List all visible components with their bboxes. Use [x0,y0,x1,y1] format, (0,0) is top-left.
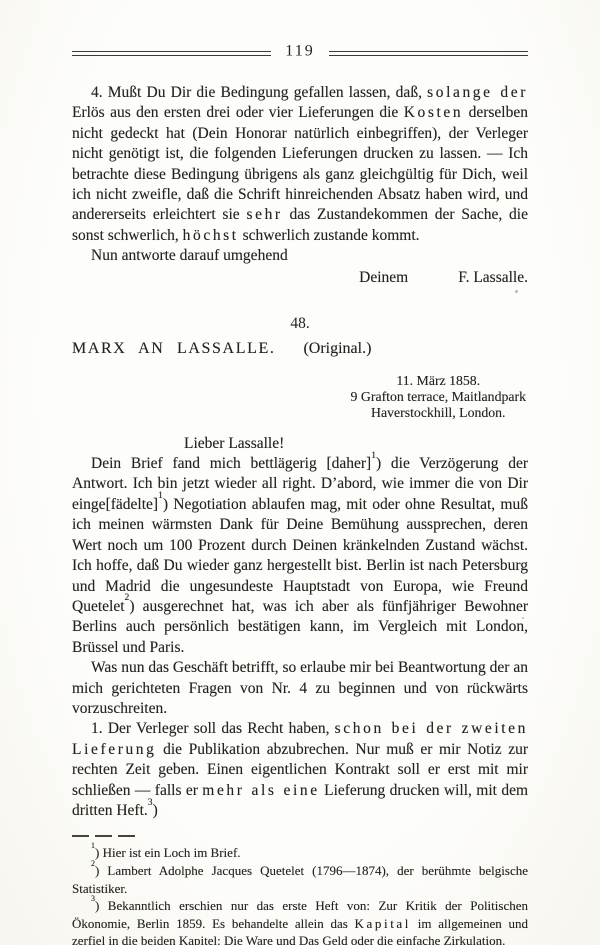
header-rule-left [72,51,271,56]
dateline-address-line1: 9 Grafton terrace, Maitlandpark [351,389,526,405]
letter47-paragraph: 4. Mußt Du Dir die Bedingung gefallen la… [72,83,528,246]
footnote-3: 3) Bekanntlich erschien nur das erste He… [72,897,528,945]
signature-valediction: Deinem [359,268,408,288]
footnote-separator [72,835,140,837]
letter47-closing-line: Nun antworte darauf umgehend [72,246,528,266]
page-header: 119 [72,44,528,62]
letter48-paragraph-2: Was nun das Geschäft betrifft, so erlaub… [72,658,528,719]
scan-speck [515,290,518,293]
letter48-dateline: 11. März 1858. 9 Grafton terrace, Maitla… [351,373,526,422]
letter48-heading: MARX AN LASSALLE. (Original.) [72,340,528,358]
signature-name: F. Lassalle. [458,268,528,288]
book-page: 119 4. Mußt Du Dir die Bedingung gefalle… [0,0,600,945]
scan-speck [522,617,524,619]
header-rule-right [329,51,528,56]
letter48-original-note: (Original.) [303,340,371,357]
letter48-paragraph-1: Dein Brief fand mich bettlägerig [daher]… [72,454,528,658]
footnotes-block: 1) Hier ist ein Loch im Brief. 2) Lamber… [72,844,528,945]
page-number: 119 [285,43,314,61]
page-content: 4. Mußt Du Dir die Bedingung gefallen la… [72,83,528,945]
letter48-paragraph-3: 1. Der Verleger soll das Recht haben, sc… [72,719,528,821]
letter48-section-number: 48. [72,315,528,333]
footnote-1: 1) Hier ist ein Loch im Brief. [72,844,528,862]
dateline-address-line2: Haverstockhill, London. [351,405,526,421]
dateline-date: 11. März 1858. [351,373,526,389]
letter47-signature: Deinem F. Lassalle. [72,268,528,288]
footnote-2: 2) Lambert Adolphe Jacques Quetelet (179… [72,862,528,897]
letter48-title: MARX AN LASSALLE. [72,340,275,357]
letter48-salutation: Lieber Lassalle! [184,434,528,454]
